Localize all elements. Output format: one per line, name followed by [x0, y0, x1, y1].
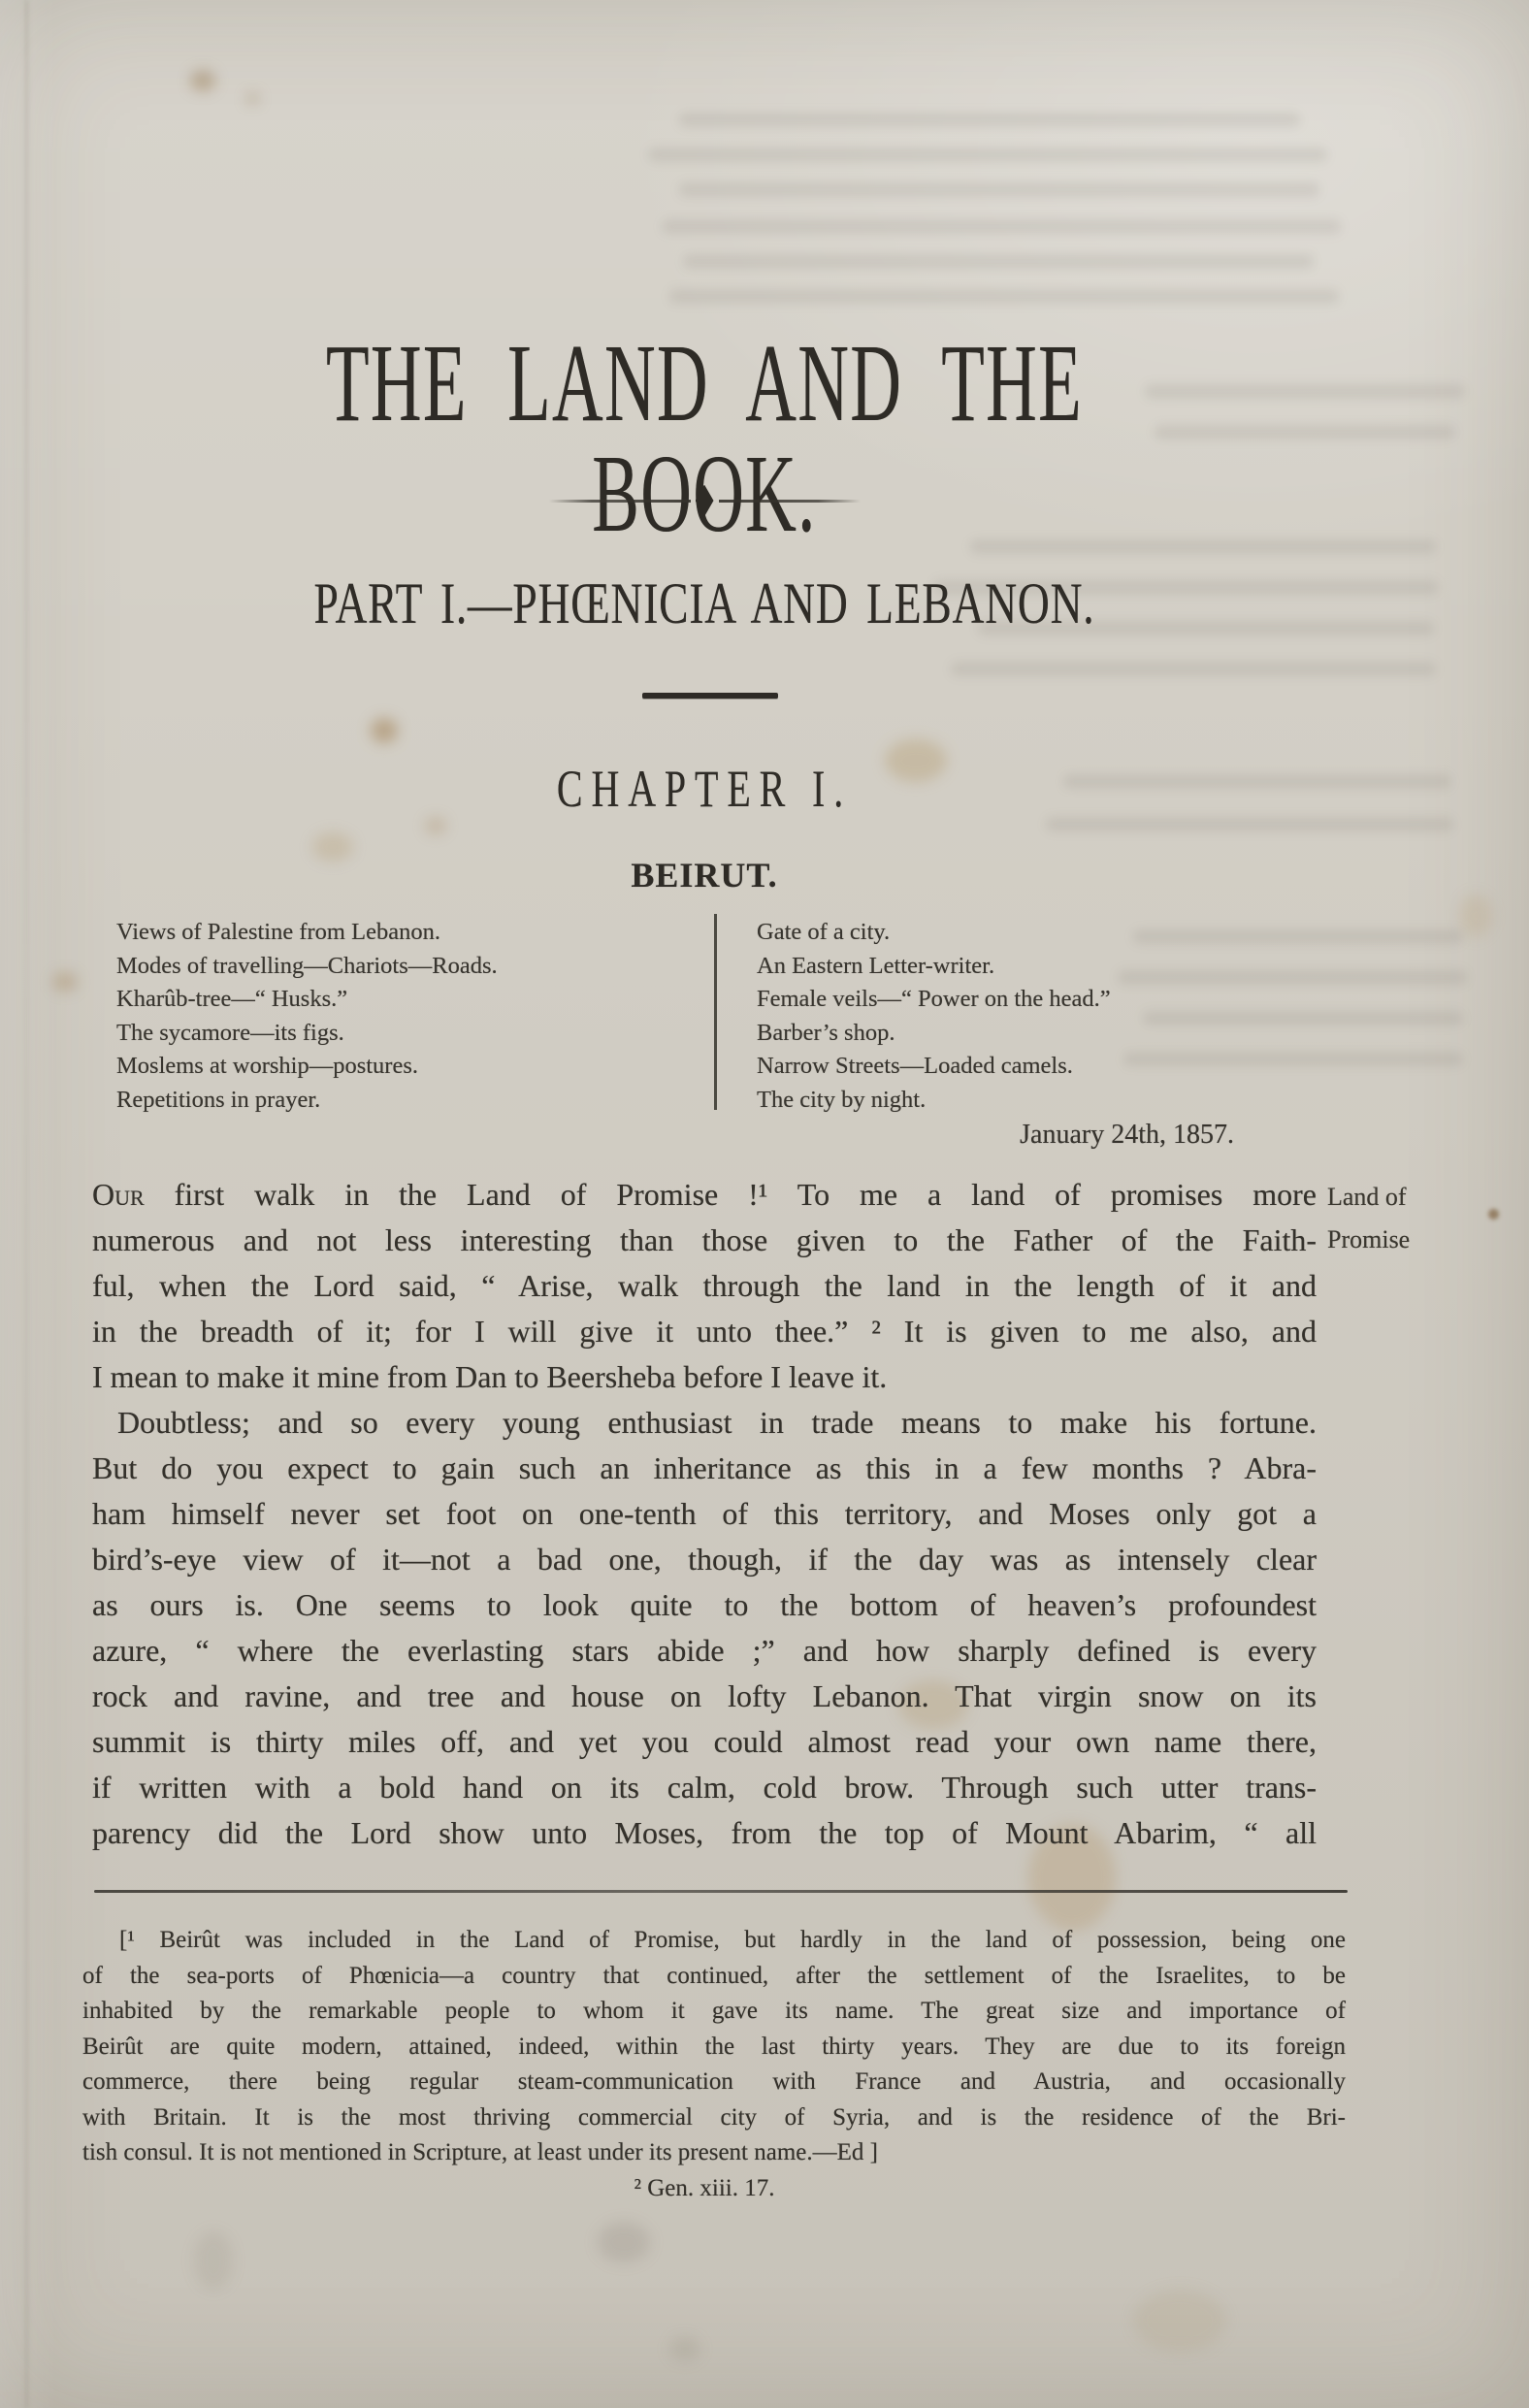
paragraph-1-last-line: I mean to make it mine from Dan to Beers… [92, 1354, 1317, 1400]
text-line: An Eastern Letter-writer. [757, 950, 1319, 984]
text-line: Modes of travelling—Chariots—Roads. [116, 950, 699, 984]
paragraph-2-last-line: parency did the Lord show unto Moses, fr… [92, 1810, 1317, 1856]
text-line: Doubtless; and so every young enthusiast… [92, 1400, 1317, 1446]
text-line: in the breadth of it; for I will give it… [92, 1309, 1317, 1354]
diamond-divider [92, 483, 1317, 518]
text-line: with Britain. It is the most thriving co… [82, 2100, 1346, 2136]
dateline: January 24th, 1857. [1020, 1120, 1234, 1151]
paragraph-1: Our first walk in the Land of Promise !¹… [92, 1172, 1317, 1400]
text-line: azure, “ where the everlasting stars abi… [92, 1628, 1317, 1674]
text-line: ful, when the Lord said, “ Arise, walk t… [92, 1263, 1317, 1309]
topic-list-left: Views of Palestine from Lebanon.Modes of… [116, 916, 699, 1117]
text-line: if written with a bold hand on its calm,… [92, 1765, 1317, 1810]
text-line: Repetitions in prayer. [116, 1084, 699, 1118]
divider-line-left [549, 500, 691, 503]
footnote-lines: [¹ Beirût was included in the Land of Pr… [82, 1923, 1346, 2135]
text-line: Kharûb-tree—“ Husks.” [116, 983, 699, 1017]
lead-word: Our [92, 1177, 145, 1212]
text-line: [¹ Beirût was included in the Land of Pr… [82, 1923, 1346, 1959]
paragraph-2-lines: Doubtless; and so every young enthusiast… [92, 1400, 1317, 1810]
topic-list-right: Gate of a city.An Eastern Letter-writer.… [757, 916, 1319, 1117]
text-line: bird’s-eye view of it—not a bad one, tho… [92, 1537, 1317, 1582]
text-line: But do you expect to gain such an inheri… [92, 1446, 1317, 1491]
text-line: commerce, there being regular steam-comm… [82, 2065, 1346, 2100]
text-line: as ours is. One seems to look quite to t… [92, 1582, 1317, 1628]
text-line: Promise [1327, 1219, 1521, 1261]
text-line: Moslems at worship—postures. [116, 1050, 699, 1084]
text-line: Narrow Streets—Loaded camels. [757, 1050, 1319, 1084]
section-rule [642, 693, 778, 699]
text-line: Beirût are quite modern, attained, indee… [82, 2030, 1346, 2066]
paragraph-1-first-line-rest: first walk in the Land of Promise !¹ To … [145, 1177, 1317, 1212]
section-heading: BEIRUT. [92, 858, 1317, 893]
part-heading: PART I.—PHŒNICIA AND LEBANON. [239, 574, 1169, 633]
chapter-heading: CHAPTER I. [251, 763, 1157, 815]
footnote-last-line: tish consul. It is not mentioned in Scri… [82, 2135, 1346, 2171]
margin-note: Land ofPromise [1327, 1176, 1521, 1261]
text-line: summit is thirty miles off, and yet you … [92, 1719, 1317, 1765]
diamond-ornament-icon [696, 485, 714, 517]
text-line: ham himself never set foot on one-tenth … [92, 1491, 1317, 1537]
text-line: Land of [1327, 1176, 1521, 1219]
text-line: numerous and not less interesting than t… [92, 1218, 1317, 1263]
text-line: The city by night. [757, 1084, 1319, 1118]
text-line: inhabited by the remarkable people to wh… [82, 1994, 1346, 2030]
divider-line-right [719, 500, 861, 503]
paragraph-2: Doubtless; and so every young enthusiast… [92, 1400, 1317, 1856]
text-line: The sycamore—its figs. [116, 1017, 699, 1051]
footnote: [¹ Beirût was included in the Land of Pr… [82, 1923, 1346, 2206]
text-line: Gate of a city. [757, 916, 1319, 950]
page-edge-crease [25, 0, 28, 2408]
topics-column-divider [714, 914, 717, 1110]
paragraph-1-first-line: Our first walk in the Land of Promise !¹… [92, 1172, 1317, 1218]
text-line: Female veils—“ Power on the head.” [757, 983, 1319, 1017]
footnote-rule [94, 1890, 1348, 1893]
text-line: of the sea-ports of Phœnicia—a country t… [82, 1959, 1346, 1995]
paragraph-1-lines: numerous and not less interesting than t… [92, 1218, 1317, 1354]
text-line: rock and ravine, and tree and house on l… [92, 1674, 1317, 1719]
text-line: Barber’s shop. [757, 1017, 1319, 1051]
text-line: Views of Palestine from Lebanon. [116, 916, 699, 950]
book-page: THE LAND AND THE BOOK. PART I.—PHŒNICIA … [0, 0, 1529, 2408]
footnote-reference: ² Gen. xiii. 17. [73, 2171, 1336, 2207]
